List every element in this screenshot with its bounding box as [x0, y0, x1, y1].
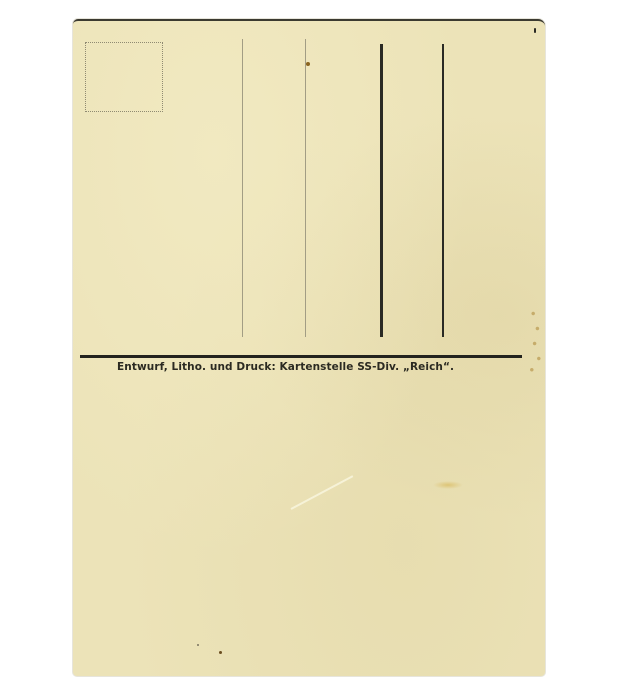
stamp-placeholder-box	[85, 42, 163, 112]
yellow-stain	[433, 481, 463, 489]
address-line-2	[442, 44, 444, 337]
ink-speck	[197, 644, 199, 646]
ink-speck	[534, 28, 536, 33]
foxing-stains	[529, 306, 543, 381]
thin-divider-line-2	[305, 39, 306, 337]
address-line-1	[380, 44, 383, 337]
ink-speck	[219, 651, 222, 654]
printer-caption: Entwurf, Litho. und Druck: Kartenstelle …	[117, 361, 454, 373]
thin-divider-line-1	[242, 39, 243, 337]
stain-spot	[306, 62, 310, 66]
horizontal-rule	[80, 355, 522, 358]
postcard-back: Entwurf, Litho. und Druck: Kartenstelle …	[73, 19, 545, 676]
paper-crease	[291, 475, 354, 510]
